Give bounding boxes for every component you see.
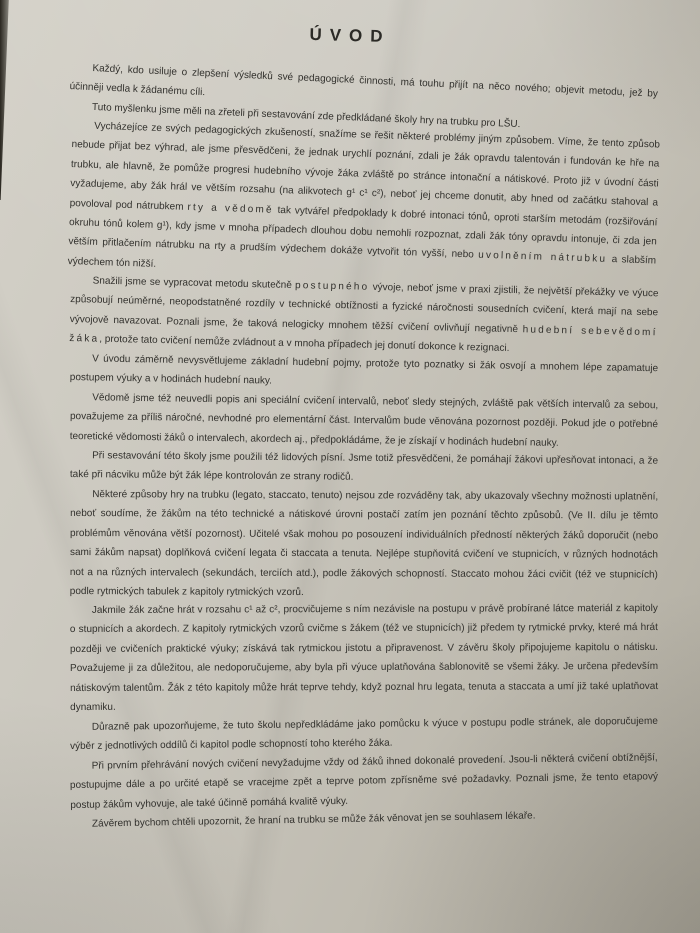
body-text: Každý, kdo usiluje o zlepšení výsledků s… [69, 63, 658, 100]
scanned-page: ÚVOD Každý, kdo usiluje o zlepšení výsle… [0, 0, 700, 933]
paragraph: Při sestavování této školy jsme použili … [70, 446, 658, 490]
paragraph: Vědomě jsme též neuvedli popis ani speci… [70, 388, 659, 454]
emphasized-text: rty a vědomě [187, 202, 274, 216]
paragraph: Některé způsoby hry na trubku (legato, s… [70, 485, 659, 604]
body-text: Závěrem bychom chtěli upozornit, že hran… [92, 810, 536, 829]
paragraph: Snažili jsme se vypracovat metodu skuteč… [69, 271, 659, 362]
paragraph: Vycházejíce ze svých pedagogických zkuše… [67, 116, 660, 291]
body-text: V úvodu záměrně nevysvětlujeme základní … [70, 353, 658, 387]
body-text: Snažili jsme se vypracovat metodu skuteč… [93, 276, 296, 292]
emphasized-text: uvolněním nátrubku [478, 250, 607, 265]
body-text: Jakmile žák začne hrát v rozsahu c¹ až c… [70, 603, 658, 713]
page-title: ÚVOD [0, 17, 700, 55]
body-text: Vycházejíce ze svých pedagogických zkuše… [70, 121, 661, 213]
emphasized-text: postupného [295, 281, 370, 294]
body-text: Při prvním přehrávání nových cvičení nev… [70, 752, 658, 811]
body-text: Některé způsoby hry na trubku (legato, s… [70, 489, 658, 598]
paragraph: Při prvním přehrávání nových cvičení nev… [70, 748, 659, 815]
body-text: Při sestavování této školy jsme použili … [70, 450, 658, 483]
document-body-text: Každý, kdo usiluje o zlepšení výsledků s… [70, 58, 658, 834]
paragraph: Jakmile žák začne hrát v rozsahu c¹ až c… [70, 599, 658, 717]
body-text: Vědomě jsme též neuvedli popis ani speci… [70, 392, 659, 448]
body-text: Důrazně pak upozorňujeme, že tuto školu … [70, 716, 658, 753]
